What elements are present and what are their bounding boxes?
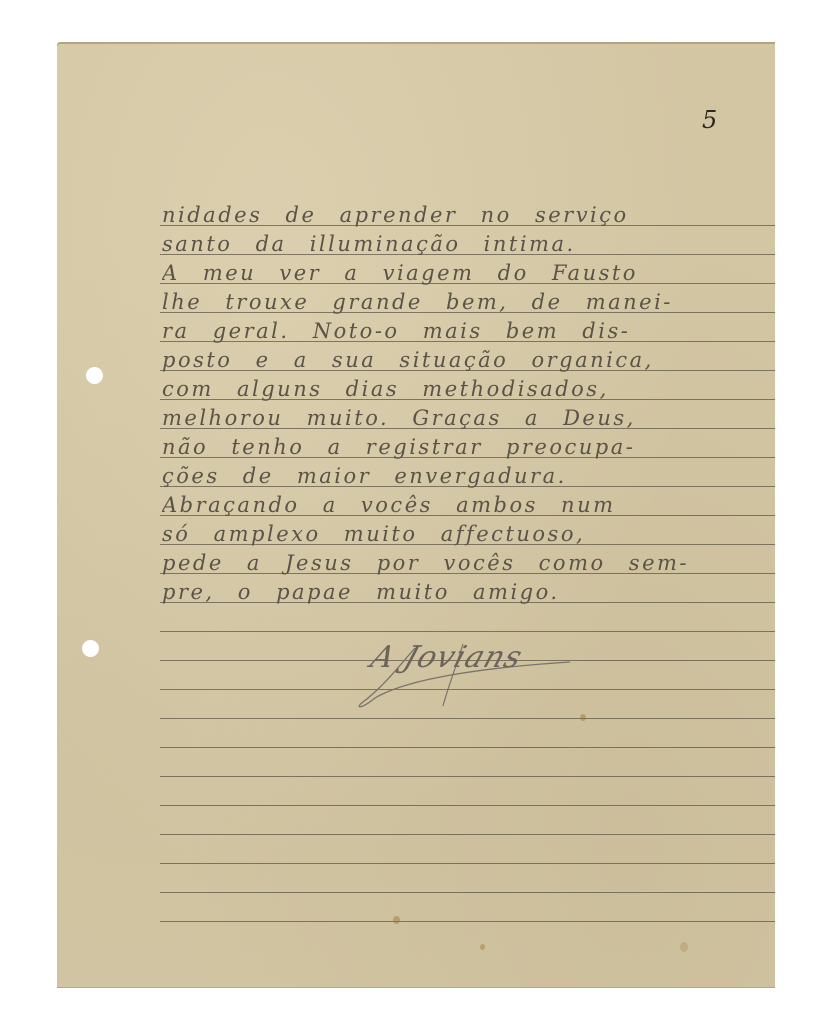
stain-spot	[393, 916, 400, 924]
ruled-line	[160, 921, 775, 922]
signature: A Jovians	[366, 640, 527, 675]
handwritten-line: melhorou muito. Graças a Deus,	[162, 405, 774, 431]
ruled-line	[160, 776, 775, 777]
ruled-line	[160, 863, 775, 864]
handwritten-line: posto e a sua situação organica,	[162, 347, 774, 373]
handwritten-line: só amplexo muito affectuoso,	[162, 521, 774, 547]
ruled-line	[160, 718, 775, 719]
stain-spot	[580, 714, 586, 721]
handwritten-line: pre, o papae muito amigo.	[162, 579, 774, 605]
handwritten-line: ções de maior envergadura.	[162, 463, 774, 489]
stain-spot	[480, 944, 485, 950]
ruled-line	[160, 631, 775, 632]
ruled-line	[160, 834, 775, 835]
handwritten-line: lhe trouxe grande bem, de manei-	[162, 289, 774, 315]
handwritten-line: não tenho a registrar preocupa-	[162, 434, 774, 460]
handwritten-line: santo da illuminação intima.	[162, 231, 774, 257]
handwritten-line: Abraçando a vocês ambos num	[162, 492, 774, 518]
ruled-line	[160, 805, 775, 806]
handwritten-line: nidades de aprender no serviço	[162, 202, 774, 228]
page-number: 5	[702, 106, 717, 134]
handwritten-line: A meu ver a viagem do Fausto	[162, 260, 774, 286]
scanned-document: 5 nidades de aprender no serviço santo d…	[0, 0, 830, 1024]
handwritten-line: com alguns dias methodisados,	[162, 376, 774, 402]
handwritten-line: ra geral. Noto-o mais bem dis-	[162, 318, 774, 344]
ruled-line	[160, 892, 775, 893]
ruled-line	[160, 747, 775, 748]
punch-hole-top	[86, 367, 103, 384]
punch-hole-bottom	[82, 640, 99, 657]
handwritten-line: pede a Jesus por vocês como sem-	[162, 550, 774, 576]
stain-spot	[680, 942, 688, 952]
